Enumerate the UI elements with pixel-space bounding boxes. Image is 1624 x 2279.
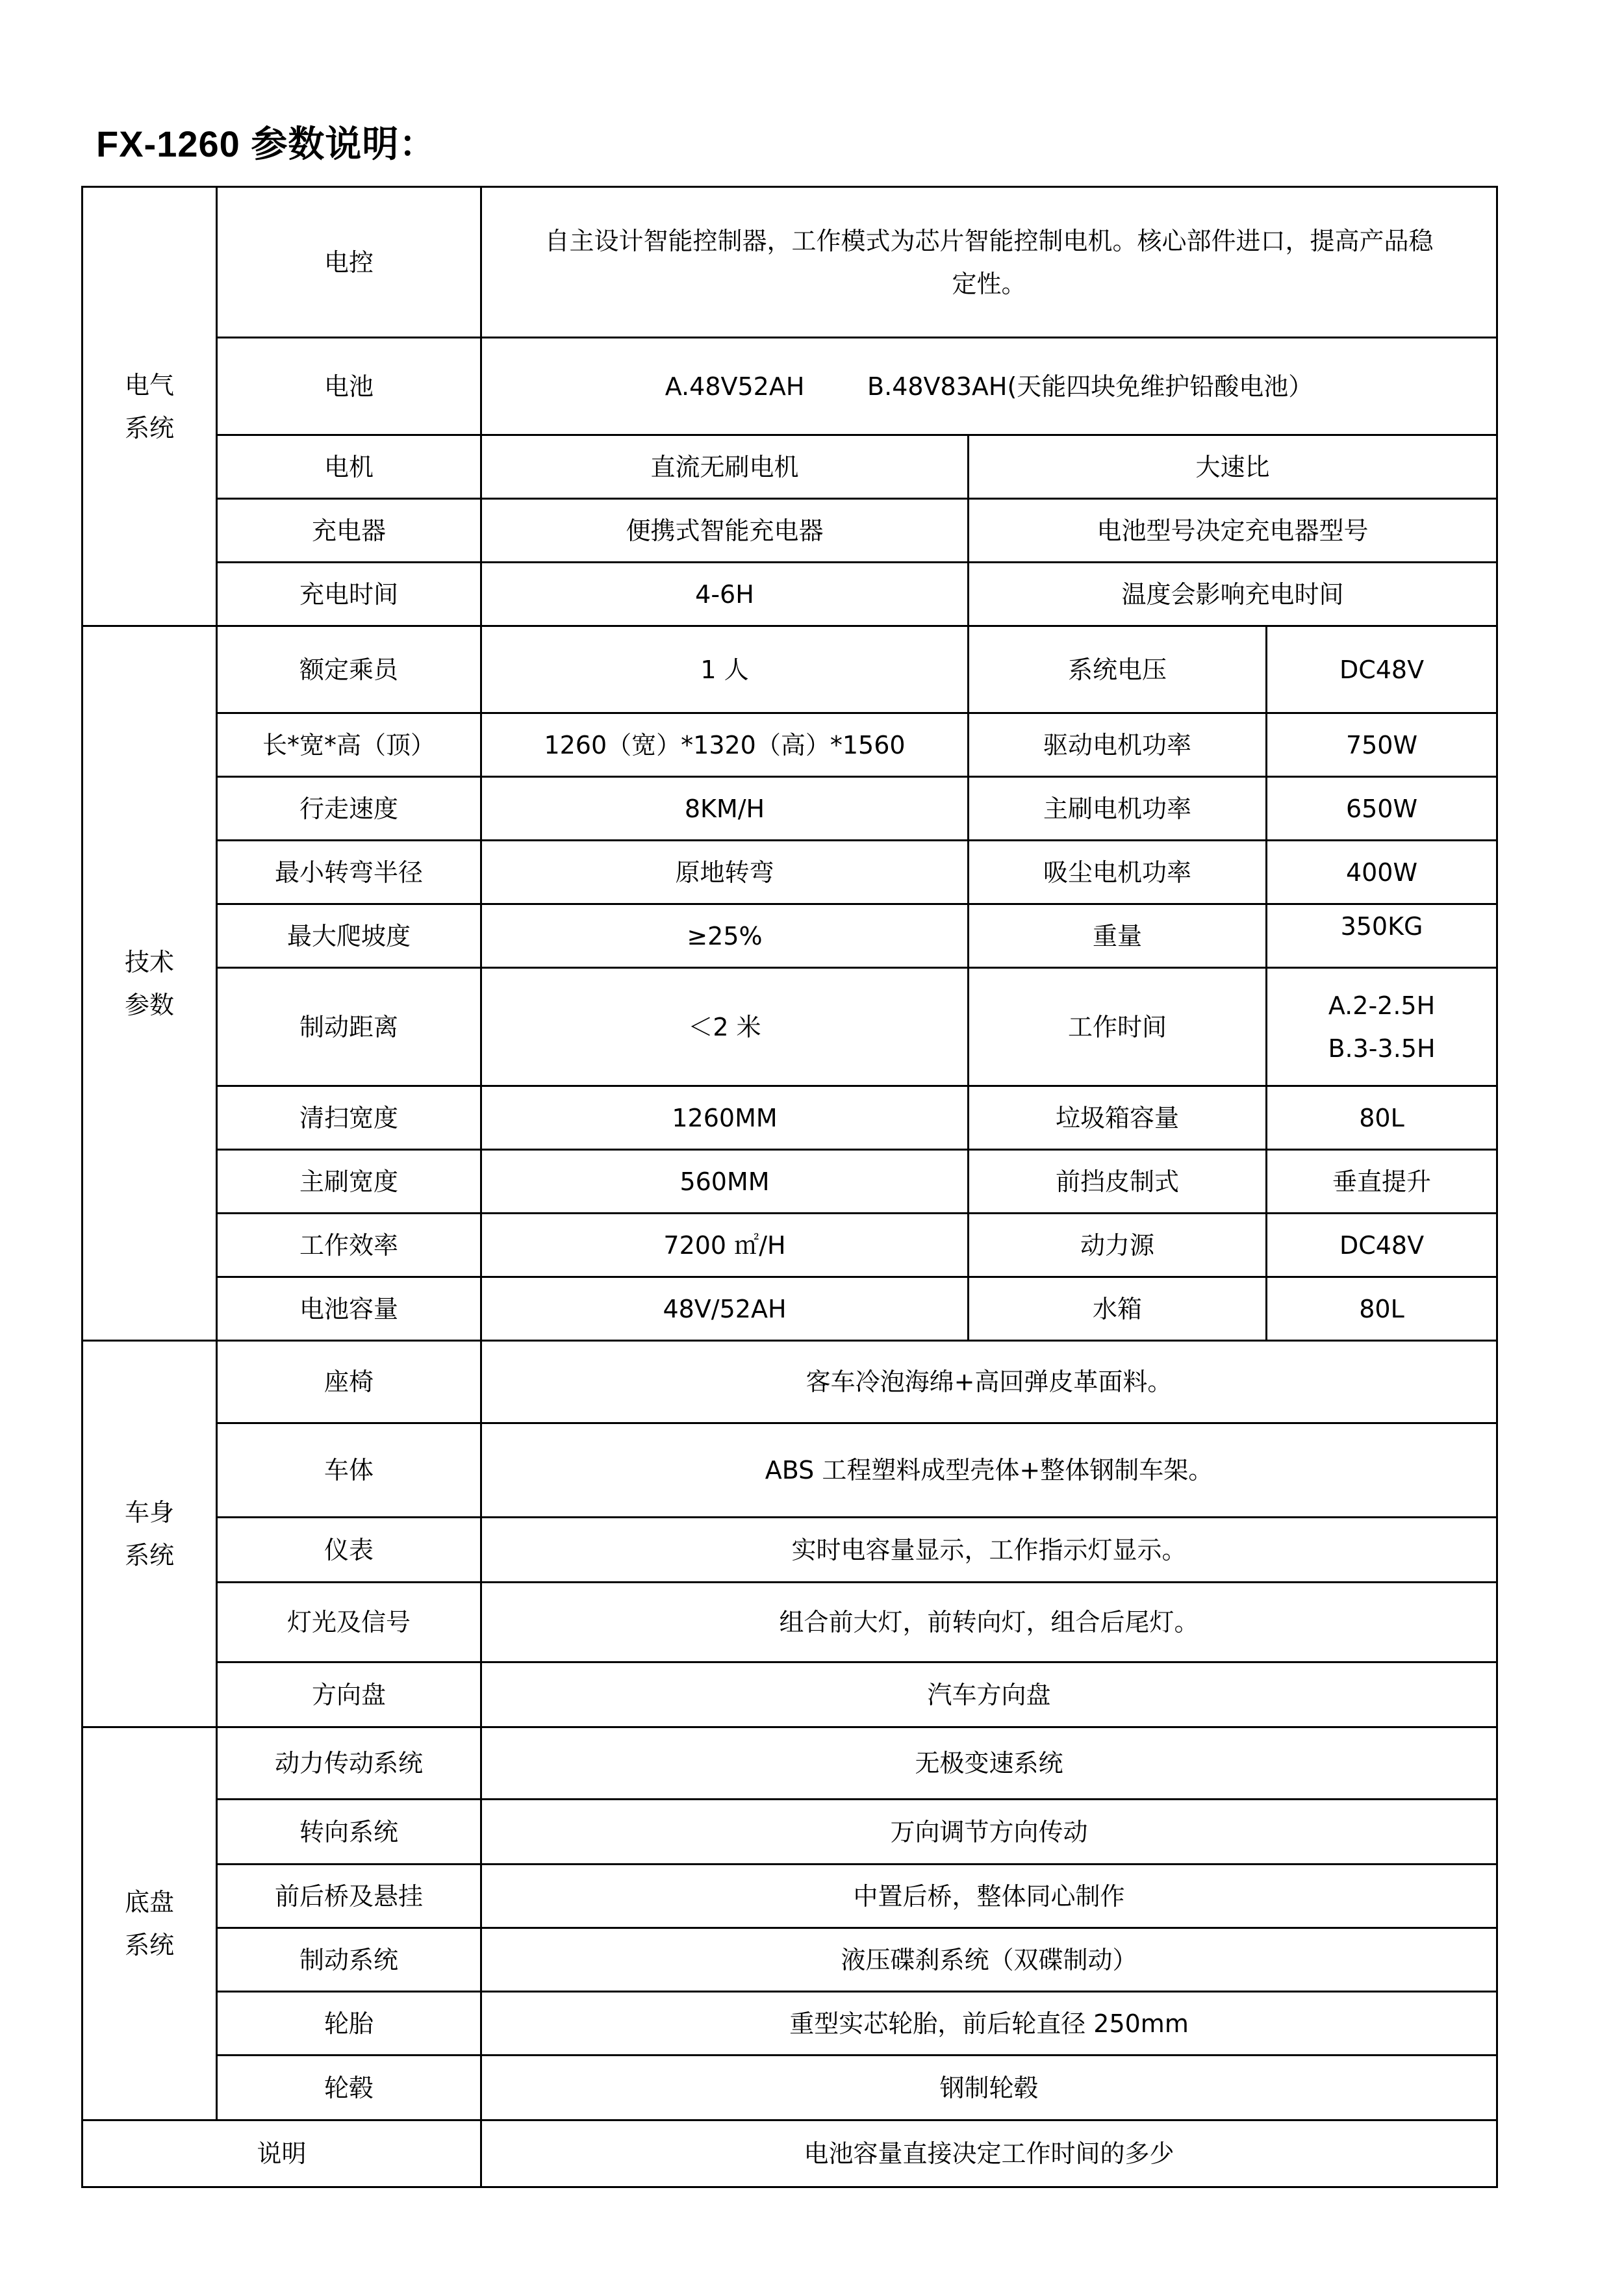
row-value: 液压碟刹系统（双碟制动） [481, 1928, 1497, 1992]
table-row: 技术参数 额定乘员 1 人 系统电压 DC48V [82, 626, 1497, 713]
row-label2: 动力源 [969, 1214, 1267, 1277]
row-value2: DC48V [1267, 1214, 1497, 1277]
row-label: 制动距离 [217, 968, 481, 1086]
row-label2: 前挡皮制式 [969, 1150, 1267, 1214]
row-value: 重型实芯轮胎，前后轮直径 250mm [481, 1992, 1497, 2056]
table-row: 电池容量 48V/52AH 水箱 80L [82, 1277, 1497, 1341]
row-value: 48V/52AH [481, 1277, 969, 1341]
table-row: 制动距离 ＜2 米 工作时间 A.2-2.5HB.3-3.5H [82, 968, 1497, 1086]
row-value: 7200 ㎡/H [481, 1214, 969, 1277]
row-label: 转向系统 [217, 1800, 481, 1865]
row-label: 轮毂 [217, 2056, 481, 2120]
row-value: 自主设计智能控制器，工作模式为芯片智能控制电机。核心部件进口，提高产品稳定性。 [481, 187, 1497, 338]
row-value: 万向调节方向传动 [481, 1800, 1497, 1865]
row-value: ABS 工程塑料成型壳体+整体钢制车架。 [481, 1423, 1497, 1518]
row-label: 工作效率 [217, 1214, 481, 1277]
row-label: 制动系统 [217, 1928, 481, 1992]
table-row: 仪表 实时电容量显示，工作指示灯显示。 [82, 1518, 1497, 1583]
page-title: FX-1260 参数说明： [96, 116, 436, 168]
row-value: 1260MM [481, 1086, 969, 1150]
table-row: 电气系统 电控 自主设计智能控制器，工作模式为芯片智能控制电机。核心部件进口，提… [82, 187, 1497, 338]
row-label: 座椅 [217, 1341, 481, 1423]
row-label: 行走速度 [217, 777, 481, 841]
row-label: 电控 [217, 187, 481, 338]
row-label: 仪表 [217, 1518, 481, 1583]
row-value: ＜2 米 [481, 968, 969, 1086]
group-chassis: 底盘系统 [82, 1727, 217, 2120]
row-value2: 80L [1267, 1277, 1497, 1341]
table-row: 转向系统 万向调节方向传动 [82, 1800, 1497, 1865]
row-value: 钢制轮毂 [481, 2056, 1497, 2120]
group-electrical: 电气系统 [82, 187, 217, 626]
row-value: 组合前大灯，前转向灯，组合后尾灯。 [481, 1583, 1497, 1662]
table-row: 车身系统 座椅 客车冷泡海绵+高回弹皮革面料。 [82, 1341, 1497, 1423]
group-body: 车身系统 [82, 1341, 217, 1727]
row-label2: 垃圾箱容量 [969, 1086, 1267, 1150]
table-row: 行走速度 8KM/H 主刷电机功率 650W [82, 777, 1497, 841]
row-label: 主刷宽度 [217, 1150, 481, 1214]
row-value2: 750W [1267, 713, 1497, 777]
row-label: 充电时间 [217, 563, 481, 626]
row-label: 长*宽*高（顶） [217, 713, 481, 777]
table-row: 充电器 便携式智能充电器 电池型号决定充电器型号 [82, 499, 1497, 563]
row-label: 轮胎 [217, 1992, 481, 2056]
row-value: A.48V52AH B.48V83AH(天能四块免维护铅酸电池） [481, 338, 1497, 435]
spec-table: 电气系统 电控 自主设计智能控制器，工作模式为芯片智能控制电机。核心部件进口，提… [81, 186, 1498, 2188]
row-value2: A.2-2.5HB.3-3.5H [1267, 968, 1497, 1086]
table-row: 电机 直流无刷电机 大速比 [82, 435, 1497, 499]
row-value2: 650W [1267, 777, 1497, 841]
table-row: 灯光及信号 组合前大灯，前转向灯，组合后尾灯。 [82, 1583, 1497, 1662]
row-label: 电机 [217, 435, 481, 499]
table-row: 车体 ABS 工程塑料成型壳体+整体钢制车架。 [82, 1423, 1497, 1518]
row-label2: 系统电压 [969, 626, 1267, 713]
row-value: 中置后桥，整体同心制作 [481, 1865, 1497, 1928]
row-value: 原地转弯 [481, 841, 969, 904]
table-row: 最小转弯半径 原地转弯 吸尘电机功率 400W [82, 841, 1497, 904]
note-label: 说明 [82, 2120, 481, 2187]
row-value: 560MM [481, 1150, 969, 1214]
row-value2: DC48V [1267, 626, 1497, 713]
table-row: 最大爬坡度 ≥25% 重量 350KG [82, 904, 1497, 968]
row-label: 方向盘 [217, 1662, 481, 1727]
row-label2: 水箱 [969, 1277, 1267, 1341]
row-extra: 温度会影响充电时间 [969, 563, 1497, 626]
row-value: 无极变速系统 [481, 1727, 1497, 1800]
row-value: 1 人 [481, 626, 969, 713]
row-value: ≥25% [481, 904, 969, 968]
row-value: 客车冷泡海绵+高回弹皮革面料。 [481, 1341, 1497, 1423]
table-row: 充电时间 4-6H 温度会影响充电时间 [82, 563, 1497, 626]
table-row: 前后桥及悬挂 中置后桥，整体同心制作 [82, 1865, 1497, 1928]
row-label2: 驱动电机功率 [969, 713, 1267, 777]
table-row: 主刷宽度 560MM 前挡皮制式 垂直提升 [82, 1150, 1497, 1214]
row-label: 电池 [217, 338, 481, 435]
row-label: 额定乘员 [217, 626, 481, 713]
table-row: 轮毂 钢制轮毂 [82, 2056, 1497, 2120]
row-value2: 垂直提升 [1267, 1150, 1497, 1214]
row-label: 最大爬坡度 [217, 904, 481, 968]
row-value2: 350KG [1267, 904, 1497, 968]
row-value: 实时电容量显示，工作指示灯显示。 [481, 1518, 1497, 1583]
row-label: 清扫宽度 [217, 1086, 481, 1150]
row-value2: 400W [1267, 841, 1497, 904]
row-label: 充电器 [217, 499, 481, 563]
table-row: 电池 A.48V52AH B.48V83AH(天能四块免维护铅酸电池） [82, 338, 1497, 435]
row-extra: 大速比 [969, 435, 1497, 499]
table-row: 轮胎 重型实芯轮胎，前后轮直径 250mm [82, 1992, 1497, 2056]
row-value: 便携式智能充电器 [481, 499, 969, 563]
row-value: 1260（宽）*1320（高）*1560 [481, 713, 969, 777]
row-label2: 主刷电机功率 [969, 777, 1267, 841]
table-row: 说明 电池容量直接决定工作时间的多少 [82, 2120, 1497, 2187]
row-value2: 80L [1267, 1086, 1497, 1150]
row-label: 前后桥及悬挂 [217, 1865, 481, 1928]
row-value: 直流无刷电机 [481, 435, 969, 499]
row-label2: 重量 [969, 904, 1267, 968]
table-row: 底盘系统 动力传动系统 无极变速系统 [82, 1727, 1497, 1800]
table-row: 清扫宽度 1260MM 垃圾箱容量 80L [82, 1086, 1497, 1150]
row-label: 最小转弯半径 [217, 841, 481, 904]
table-row: 长*宽*高（顶） 1260（宽）*1320（高）*1560 驱动电机功率 750… [82, 713, 1497, 777]
row-label2: 工作时间 [969, 968, 1267, 1086]
row-extra: 电池型号决定充电器型号 [969, 499, 1497, 563]
table-row: 方向盘 汽车方向盘 [82, 1662, 1497, 1727]
row-value: 8KM/H [481, 777, 969, 841]
table-row: 制动系统 液压碟刹系统（双碟制动） [82, 1928, 1497, 1992]
row-label: 电池容量 [217, 1277, 481, 1341]
note-value: 电池容量直接决定工作时间的多少 [481, 2120, 1497, 2187]
table-row: 工作效率 7200 ㎡/H 动力源 DC48V [82, 1214, 1497, 1277]
row-value: 4-6H [481, 563, 969, 626]
group-technical: 技术参数 [82, 626, 217, 1341]
row-label2: 吸尘电机功率 [969, 841, 1267, 904]
row-label: 车体 [217, 1423, 481, 1518]
row-label: 动力传动系统 [217, 1727, 481, 1800]
row-value: 汽车方向盘 [481, 1662, 1497, 1727]
row-label: 灯光及信号 [217, 1583, 481, 1662]
